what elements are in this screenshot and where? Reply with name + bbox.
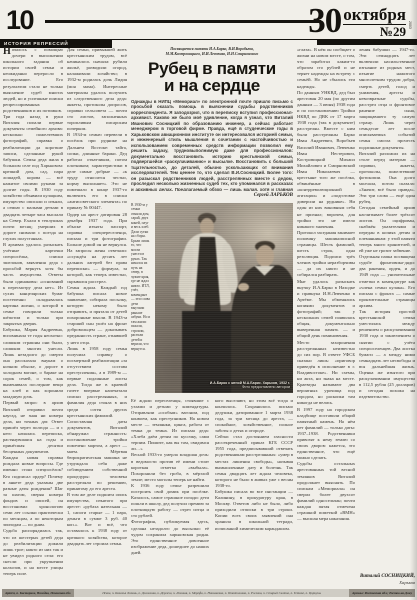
photo-grain <box>155 203 293 393</box>
masthead-day: 30 <box>308 6 341 36</box>
photo-side-column: В 1930-м у семьи отняли дом, сарай, двух… <box>131 203 151 393</box>
lead-byline: Сергей ЛАРЬКОВ <box>131 192 293 199</box>
signature-name: Виталий СОСНИЦКИЙ, <box>359 574 415 580</box>
masthead-date: 30 октября №29 2003 <box>308 6 411 39</box>
body-column-6: ления бабушки — 1947-го. Эти семнадцать … <box>359 47 415 585</box>
article-headline: Рубец в памяти и на сердце <box>131 60 293 95</box>
below-photo-columns: Её ждали переселенцы, стоявшие с узлами … <box>131 398 293 580</box>
author-signature: Виталий СОСНИЦКИЙ, Харьков <box>359 574 415 585</box>
photo-credit: Фото предоставлено автором <box>210 385 290 389</box>
page-number: 10 <box>6 9 33 32</box>
footer-left: Артём, п. Касторное, Находка, Псковская … <box>2 589 74 598</box>
masthead-month: октября <box>343 6 406 25</box>
footer-right: Архивы: Ростовская обл.; Ростов-на-Дону <box>349 589 415 598</box>
newspaper-page: 10 30 октября №29 2003 ИСТОРИЯ РЕПРЕССИЙ… <box>0 0 417 600</box>
column-5-text: «глаза». В нём он сообщает о жизни на но… <box>297 47 355 521</box>
body-column-1: Началось с помощью дочери в выполнении ш… <box>3 47 63 585</box>
column-2-text: Для семьи, привыкшей жить крестьянским т… <box>67 47 127 546</box>
photo-row: В 1930-м у семьи отняли дом, сарай, двух… <box>131 203 293 393</box>
article-photo: И.А.Барко с женой М.А.Барко. Харьков, 19… <box>155 203 293 393</box>
signature-city: Харьков <box>359 580 415 585</box>
body-column-3: Её ждали переселенцы, стоявшие с узлами … <box>131 398 209 580</box>
column-1-text: ачалось с помощью дочери в выполнении шк… <box>3 47 63 576</box>
footer-center: Псков, п. Казачья Лопань, п. Должанка, п… <box>74 589 349 598</box>
footer-strip: Артём, п. Касторное, Находка, Псковская … <box>2 589 415 598</box>
column-6-text: ления бабушки — 1947-го. Эти семнадцать … <box>359 47 415 572</box>
issue-number: №29 <box>380 25 406 39</box>
article-block: Посвящается памяти И.А.Барко, В.И.Воробь… <box>131 45 293 580</box>
drop-cap: Н <box>3 47 12 56</box>
body-column-5: «глаза». В нём он сообщает о жизни на но… <box>297 47 355 585</box>
body-column-4: кого выселяют, но этим всё тогда и кончи… <box>215 398 293 580</box>
lead-paragraph: Однажды в НИПЦ «Мемориал» по электронной… <box>131 99 293 191</box>
photo-caption-block: И.А.Барко с женой М.А.Барко. Харьков, 19… <box>210 381 290 390</box>
dedication: Посвящается памяти И.А.Барко, В.И.Воробь… <box>131 47 293 57</box>
masthead-year-vertical: 2003 <box>408 21 412 29</box>
section-bar-right <box>317 40 417 45</box>
masthead-rule <box>45 20 321 23</box>
body-column-2: Для семьи, привыкшей жить крестьянским т… <box>67 47 127 585</box>
